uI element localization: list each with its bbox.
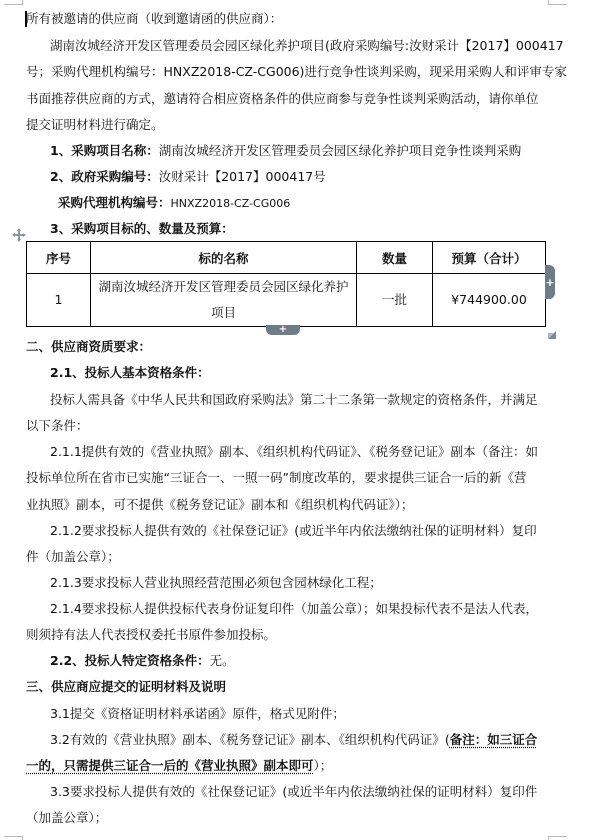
table-header-row: 序号 标的名称 数量 预算（合计） [27,242,546,274]
clause-31: 3.1提交《资格证明材料承诺函》原件，格式见附件； [50,706,345,722]
section2-sub2: 2.2、投标人特定资格条件：无。 [50,653,235,669]
intro-line-4: 提交证明材料进行确定。 [26,117,164,133]
intro-line-2: 号；采购代理机构编号：HNXZ2018-CZ-CG006)进行竞争性谈判采购，现… [26,64,567,80]
clause-212-line-2: 件（加盖公章）； [26,549,120,565]
clause-32-emphasis-2: 一的，只需提供三证合一后的《营业执照》副本即可 [26,758,314,773]
section2-sub1-line-2: 以下条件： [26,418,89,434]
table-resize-handle-icon[interactable] [548,327,556,335]
page-corner-mark-top-right [548,0,567,5]
intro-line-1: 湖南汝城经济开发区管理委员会园区绿化养护项目(政府采购编号:汝财采计【2017】… [50,38,564,54]
item-agency-code-value: HNXZ2018-CZ-CG006 [171,197,291,210]
item-gov-code-label: 2、政府采购编号： [50,169,159,184]
cell-name-line-1: 湖南汝城经济开发区管理委员会园区绿化养护 [91,274,356,300]
header-budget: 预算（合计） [433,242,546,274]
plus-icon: + [545,276,554,289]
cell-name-line-2: 项目 [91,300,356,326]
page-corner-mark-top-left [4,0,23,5]
cell-name[interactable]: 湖南汝城经济开发区管理委员会园区绿化养护 项目 [91,274,357,327]
section2-sub2-label: 2.2、投标人特定资格条件： [50,653,210,668]
item-project-name: 1、采购项目名称：湖南汝城经济开发区管理委员会园区绿化养护项目竞争性谈判采购 [50,143,521,159]
header-no: 序号 [27,242,91,274]
procurement-table: 序号 标的名称 数量 预算（合计） 1 湖南汝城经济开发区管理委员会园区绿化养护… [26,241,546,327]
header-name: 标的名称 [91,242,357,274]
clause-32-end: ）； [314,758,333,773]
section3-title: 三、供应商应提交的证明材料及说明 [26,679,226,695]
table-row: 1 湖南汝城经济开发区管理委员会园区绿化养护 项目 一批 ¥744900.00 [27,274,546,327]
add-row-button[interactable]: + [266,325,300,335]
plus-icon: + [279,325,287,335]
item-gov-code: 2、政府采购编号：汝财采计【2017】000417号 [50,169,326,185]
clause-33-line-1: 3.3要求投标人提供有效的《社保登记证》(或近半年内依法缴纳社保的证明材料）复印… [50,784,537,800]
section2-sub2-value: 无。 [210,653,235,668]
section2-sub1-title: 2.1、投标人基本资格条件： [50,365,210,381]
item-budget-heading: 3、采购项目标的、数量及预算： [50,221,234,237]
clause-32-line-2: 一的，只需提供三证合一后的《营业执照》副本即可）； [26,758,332,774]
section2-title: 二、供应商资质要求： [26,339,151,355]
cell-no[interactable]: 1 [27,274,91,327]
greeting: 所有被邀请的供应商（收到邀请函的供应商）： [26,11,282,27]
item-agency-code: 采购代理机构编号：HNXZ2018-CZ-CG006 [58,195,290,211]
cell-budget[interactable]: ¥744900.00 [433,274,546,327]
item-gov-code-value: 汝财采计【2017】000417号 [159,169,326,184]
section2-sub1-line-1: 投标人需具备《中华人民共和国政府采购法》第二十二条第一款规定的资格条件，并满足 [50,392,538,408]
clause-211-line-3: 业执照》副本，可不提供《税务登记证》副本和《组织机构代码证》）； [26,497,414,513]
item-project-name-label: 1、采购项目名称： [50,143,159,158]
clause-32-line-1: 3.2有效的《营业执照》副本、《税务登记证》副本、《组织机构代码证》(备注：如三… [50,732,537,748]
clause-33-line-2: （加盖公章）； [26,810,107,826]
clause-214-line-1: 2.1.4要求投标人提供投标代表身份证复印件（加盖公章）；如果投标代表不是法人代… [50,601,538,617]
clause-211-line-1: 2.1.1提供有效的《营业执照》副本、《组织机构代码证》、《税务登记证》副本（备… [50,444,538,460]
add-column-button[interactable]: + [545,265,555,299]
header-qty: 数量 [357,242,433,274]
page-corner-mark-bottom-left [4,836,23,840]
clause-32-plain: 3.2有效的《营业执照》副本、《税务登记证》副本、《组织机构代码证》( [50,732,450,747]
page-corner-mark-bottom-right [548,836,567,840]
clause-211-line-2: 投标单位所在省市已实施“三证合一、一照一码”制度改革的，要求提供三证合一后的新《… [26,470,526,486]
clause-32-emphasis-1: 备注：如三证合 [450,732,538,747]
item-project-name-value: 湖南汝城经济开发区管理委员会园区绿化养护项目竞争性谈判采购 [159,143,522,158]
clause-212-line-1: 2.1.2要求投标人提供有效的《社保登记证》(或近半年内依法缴纳社保的证明材料）… [50,523,537,539]
item-agency-code-label: 采购代理机构编号： [58,195,171,210]
clause-214-line-2: 则须持有法人代表授权委托书原件参加投标。 [26,627,276,643]
cell-qty[interactable]: 一批 [357,274,433,327]
intro-line-3: 书面推荐供应商的方式，邀请符合相应资格条件的供应商参与竞争性谈判采购活动，请你单… [26,91,539,107]
clause-213: 2.1.3要求投标人营业执照经营范围必须包含园林绿化工程； [50,575,382,591]
table-move-handle-icon[interactable] [12,228,26,242]
